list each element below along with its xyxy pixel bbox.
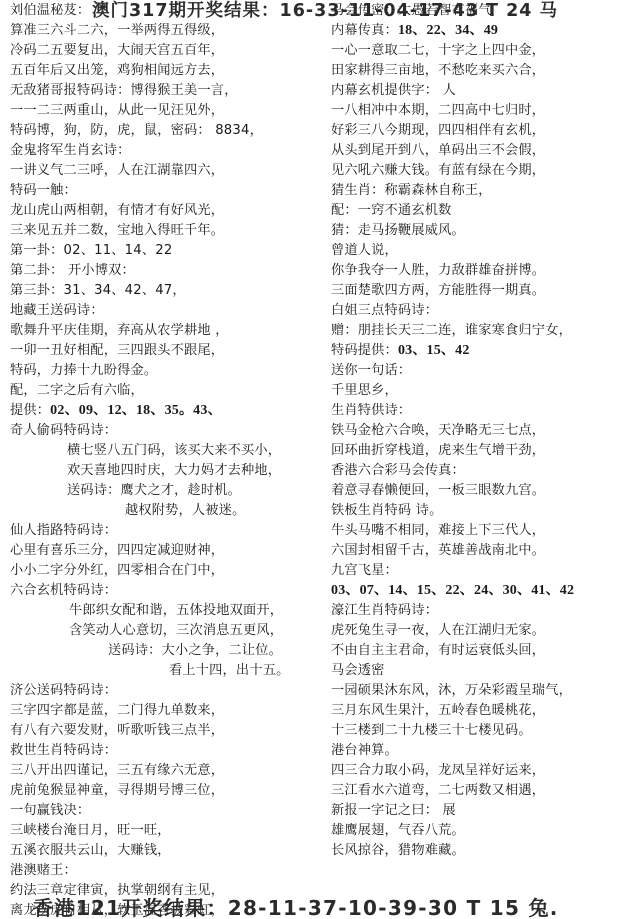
text-line: 三八开出四谨记，三五有缘六无意， [10,762,224,782]
text-line: 虎前兔猴显神童，寻得期号博三位， [10,782,224,802]
text-line: 港澳赌王： [10,862,77,882]
text-line: 猜：走马扬鞭展威风。 [331,222,465,242]
text-line: 雄鹰展翅，气吞八荒。 [331,822,465,842]
text-line: 五溪衣服共云山，大赚钱， [10,842,171,862]
hongkong-result-banner: 香港121开奖结果：28-11-37-10-39-30 T 15 兔. [33,892,559,919]
text-line: 看上十四，出十五。 [169,662,290,682]
text-line: 马会透密 [331,662,385,682]
text-line: 一讲义气二三呼，人在江湖靠四六， [10,162,224,182]
number-run: 02、09、12、18、35。43、 [50,403,222,418]
text-line: 猜生肖：称霸森林自称王， [331,182,492,202]
text-line: 从头到尾开到八，单码出三不会假， [331,142,545,162]
text-line: 第三卦：31、34、42、47， [10,282,186,302]
text-line: 一一二三两重山，从此一见汪见外， [10,102,224,122]
text-line: 横七竖八五门码，该买大来不买小， [67,442,281,462]
text-line: 一八相冲中本期，二四高中七归时， [331,102,545,122]
text-line: 03、07、14、15、22、24、30、41、42 [331,582,574,602]
text-line: 无敌猪哥报特码诗：博得猴王美一言， [10,82,238,102]
text-line: 回环曲折穿栈道，虎来生气增干劲， [331,442,545,462]
text-line: 奇人偷码特码诗： [10,422,117,442]
text-line: 一心一意取二七，十字之上四中金， [331,42,545,62]
text-line: 第二卦： 开小博双： [10,262,135,282]
text-line: 一园硕果沐东风，沐，万朵彩霞呈瑞气， [331,682,572,702]
number-run: 03、15、42 [398,343,470,358]
text-line: 欢天喜地四时庆，大力妈才去种地， [67,462,281,482]
text-line: 港台神算。 [331,742,398,762]
text-line: 仙人指路特码诗： [10,522,117,542]
text-line: 铁板生肖特码 诗。 [331,502,443,522]
text-line: 歌舞升平庆佳期，弃高从农学耕地 ， [10,322,229,342]
text-line: 含笑动人心意切，三次消息五更风， [69,622,283,642]
text-line: 龙山虎山两相朝，有情才有好风光， [10,202,224,222]
text-line: 好彩三八今期现，四四相伴有玄机， [331,122,545,142]
number-run: 18、22、34、49 [398,23,498,38]
text-line: 送码诗：鹰犬之才，趁时机。 [67,482,241,502]
number-run: 03、07、14、15、22、24、30、41、42 [331,583,574,598]
text-line: 着意寻春懒便回，一板三眼数九宫。 [331,482,545,502]
text-line: 三江看水六道弯，二七两数又相遇， [331,782,545,802]
lottery-tips-document: 刘伯温秘芨：算准三六斗二六，一举两得五得级，冷码二五要复出，大闹天宫五百年，五百… [0,0,620,919]
text-line: 配：一窍不通玄机数 [331,202,452,222]
text-line: 三月东风生果汁，五岭春色暖桃花， [331,702,545,722]
text-line: 六国封相留千古，英雄善战南北中。 [331,542,545,562]
text-line: 冷码二五要复出，大闹天宫五百年， [10,42,224,62]
text-line: 特码，力捧十九盼得金。 [10,362,157,382]
text-line: 特码博，狗，防，虎，鼠，密码： 8834， [10,122,263,142]
text-line: 长风掠谷，猎物难藏。 [331,842,465,862]
text-line: 一句赢钱决： [10,802,90,822]
text-line: 五百年后又出笼，鸡狗相闻远方去， [10,62,224,82]
text-line: 新报一字记之曰： 展 [331,802,456,822]
text-line: 心里有喜乐三分，四四定减迎财神， [10,542,224,562]
text-line: 曾道人说， [331,242,398,262]
text-line: 内幕玄机提供字： 人 [331,82,456,102]
text-line: 送你一句话： [331,362,411,382]
text-line: 救世生肖特码诗： [10,742,117,762]
text-line: 提供：02、09、12、18、35。43、 [10,402,222,422]
text-line: 铁马金枪六合唤，天净略无三七点， [331,422,545,442]
text-line: 特码提供：03、15、42 [331,342,470,362]
text-line: 刘伯温秘芨： [10,2,90,22]
text-line: 四三合力取小码，龙凤呈祥好运来， [331,762,545,782]
text-line: 配，二字之后有六临， [10,382,144,402]
text-line: 生肖特供诗： [331,402,411,422]
text-line: 三字四字都是蓝，二门得九单数来， [10,702,224,722]
text-line: 金鬼将军生肖玄诗： [10,142,131,162]
text-line: 三峡楼台淹日月，旺一旺， [10,822,171,842]
text-line: 十三楼到二十九楼三十七楼见码。 [331,722,532,742]
text-line: 小小二字分外红，四零相合在门中， [10,562,224,582]
text-line: 白姐三点特码诗： [331,302,438,322]
text-line: 濠江生肖特码诗： [331,602,438,622]
text-line: 济公送码特码诗： [10,682,117,702]
text-line: 见六吼六赚大钱。有蓝有绿在今期， [331,162,545,182]
text-line: 有八有六要发财，听歌听钱三点半， [10,722,224,742]
text-line: 一卯一丑好相配，三四跟头不跟尾， [10,342,224,362]
text-line: 赠：朋挂长天三二连，谁家寒食归宁女， [331,322,572,342]
text-line: 地藏王送码诗： [10,302,104,322]
text-line: 三面楚歌四方两，方能胜得一期真。 [331,282,545,302]
text-line: 算准三六斗二六，一举两得五得级， [10,22,224,42]
text-line: 内幕传真：18、22、34、49 [331,22,498,42]
text-line: 牛头马嘴不相同，难接上下三代人， [331,522,545,542]
text-line: 牛郎织女配和谐，五体投地双面开， [69,602,283,622]
text-line: 虎死兔生寻一夜，人在江湖归无家。 [331,622,545,642]
text-line: 田家耕得三亩地，不愁吃来买六合， [331,62,545,82]
text-line: 六合玄机特码诗： [10,582,117,602]
text-line: 送码诗：大小之争，二让位。 [108,642,282,662]
text-line: 不由自主主君命，有时运衰低头回， [331,642,545,662]
text-line: 第一卦：02、11、14、22 [10,242,172,262]
text-line: 你争我夺一人胜，力敌群雄奋拼博。 [331,262,545,282]
text-line: 越权附势，人被迷。 [125,502,246,522]
text-line: 三来见五并二数，宝地入得旺千年。 [10,222,224,242]
text-line: 特码一触： [10,182,77,202]
text-line: 九宫飞星： [331,562,398,582]
text-line: 香港六合彩马会传真： [331,462,465,482]
macau-result-banner: 澳门317期开奖结果：16-33-11-04-17-43 T 24 马 [92,0,558,22]
text-line: 千里思乡， [331,382,398,402]
